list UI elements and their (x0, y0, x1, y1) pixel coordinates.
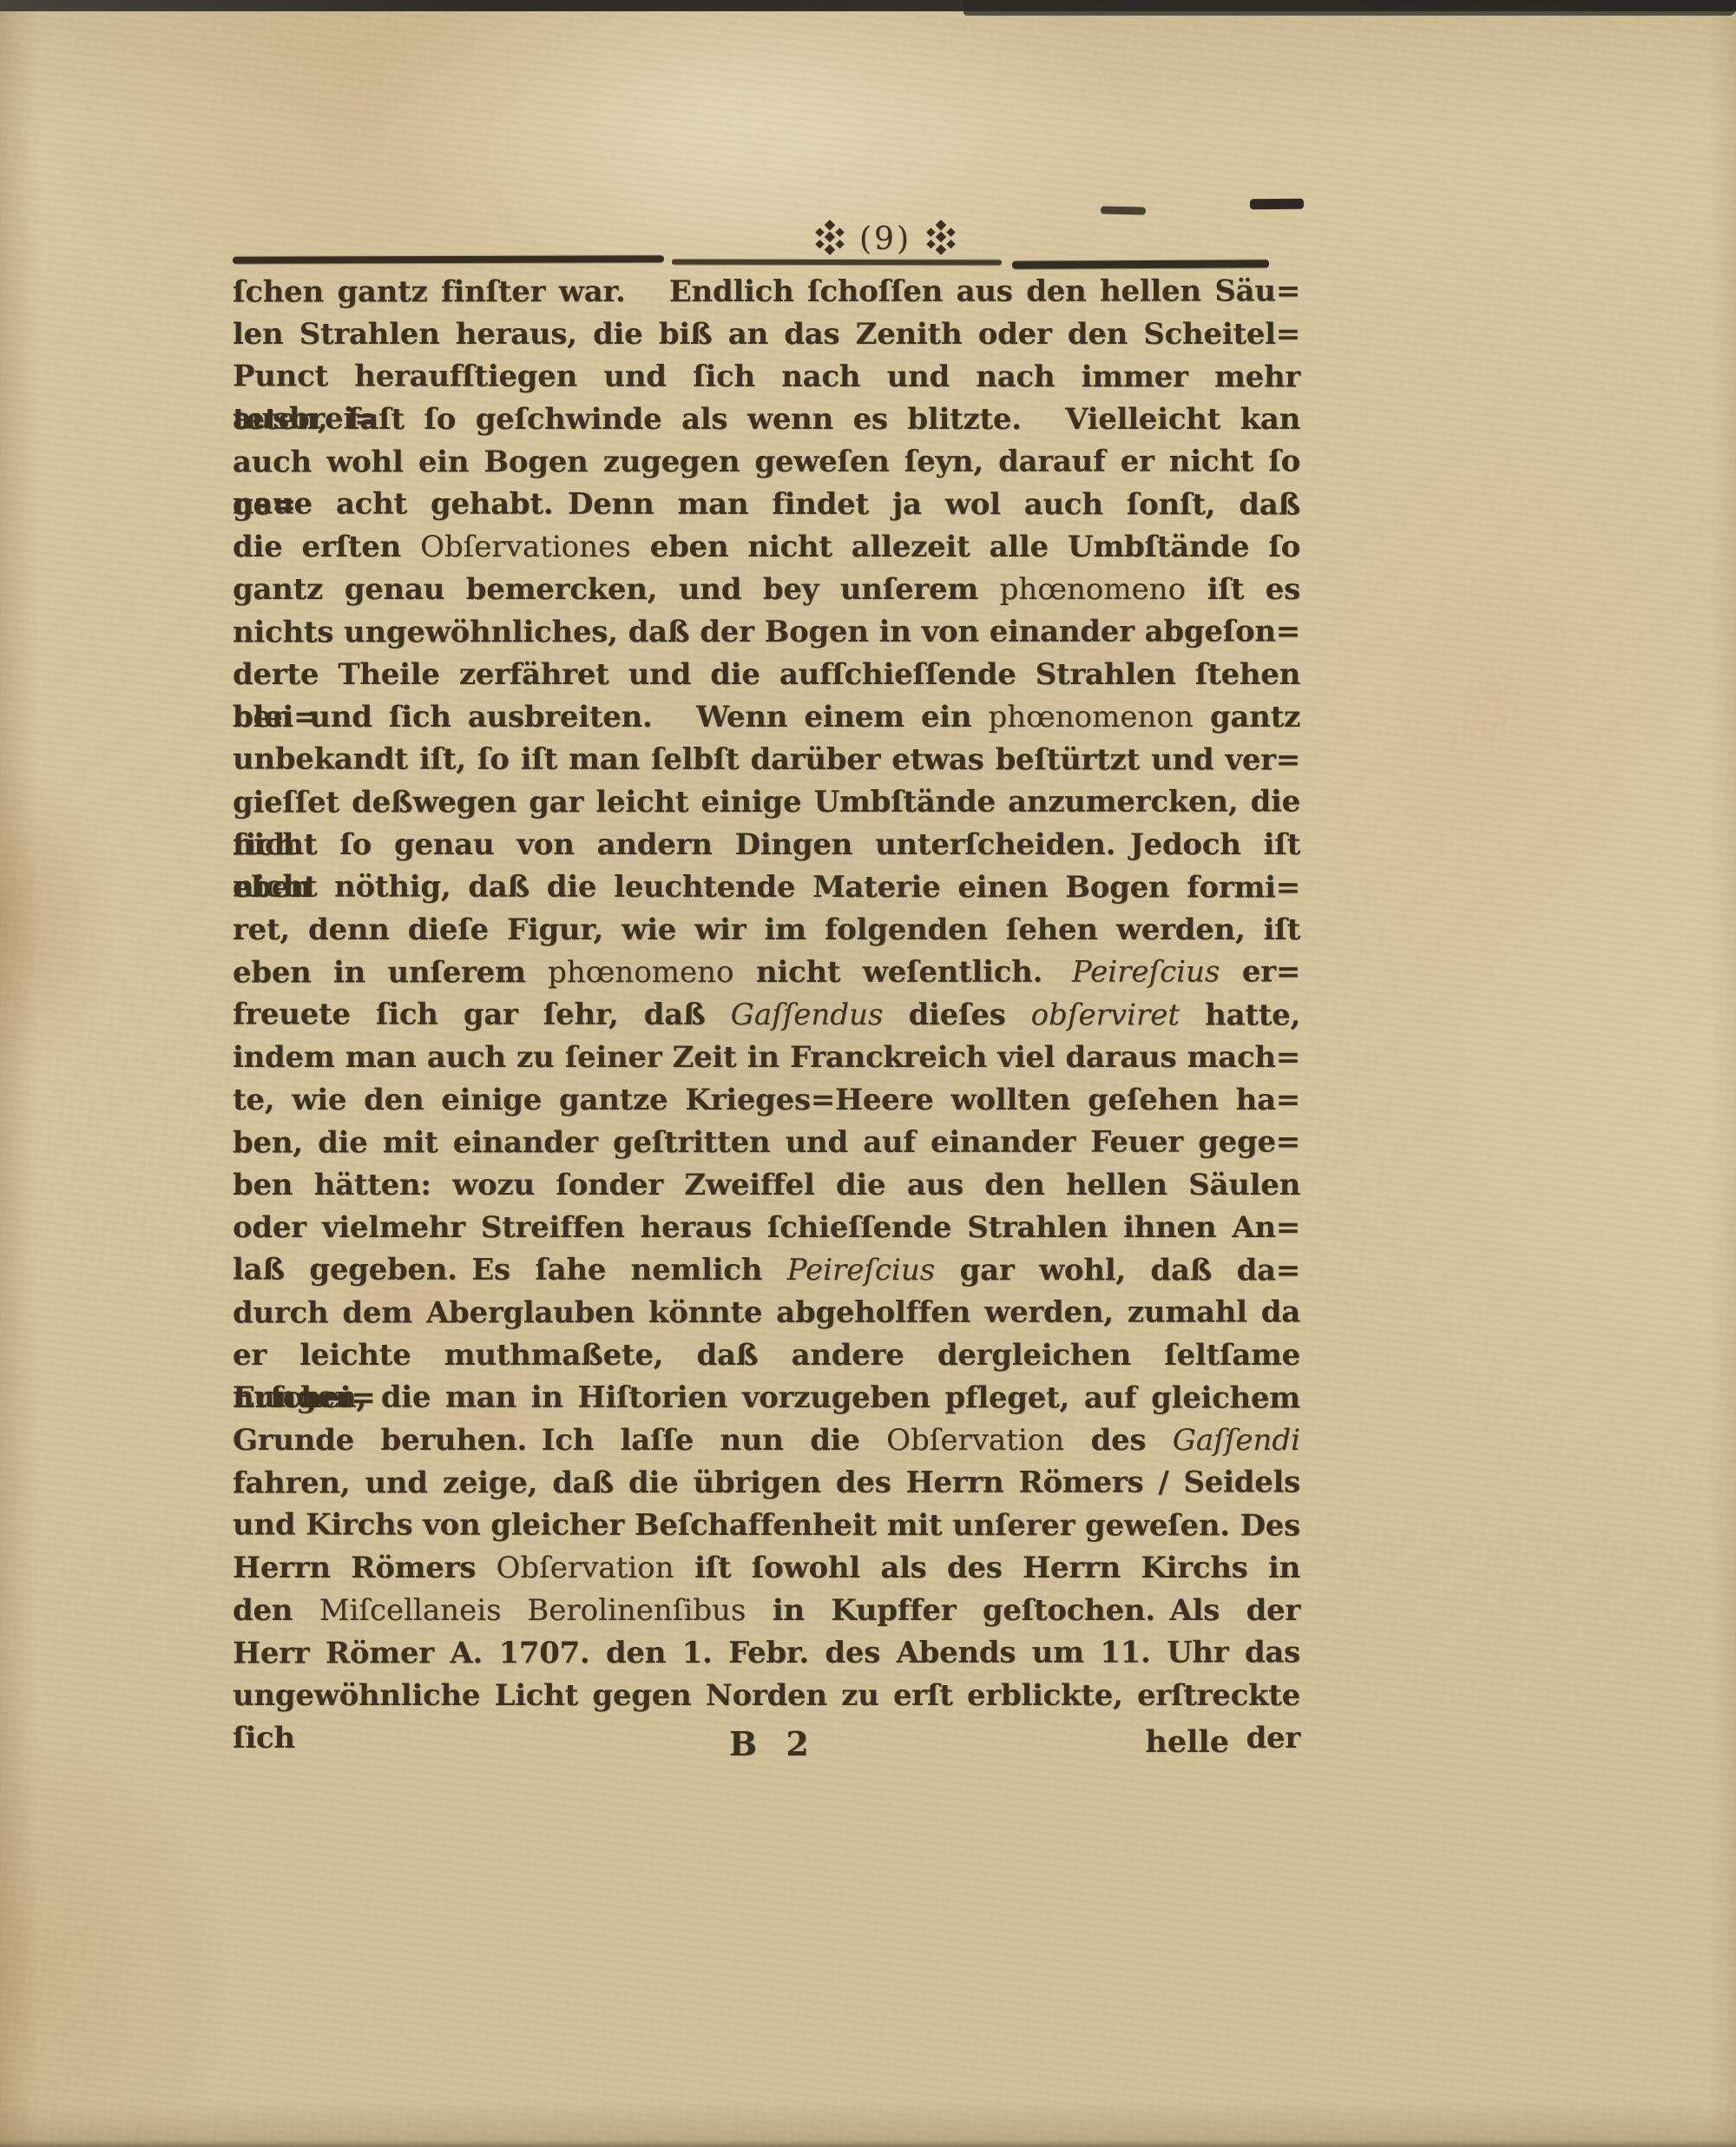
text-line: ungewöhnliche Licht gegen Norden zu erſt… (233, 1675, 1300, 1717)
fraktur-segment: len Strahlen heraus, die biß an das Zeni… (233, 317, 1300, 352)
fraktur-segment: eben in unſerem (233, 955, 548, 990)
scan-edge-bottom (0, 2140, 1736, 2147)
italic-segment: Gaſſendi (1173, 1423, 1300, 1458)
fraktur-segment: nicht nöthig, daß die leuchtende Materie… (233, 869, 1300, 905)
fraktur-segment: ben hätten: wozu ſonder Zweiffel die aus… (233, 1168, 1300, 1202)
signature-mark: B 2 (729, 1724, 818, 1763)
roman-segment: phœnomeno (548, 955, 733, 990)
fraktur-segment: den (233, 1593, 319, 1628)
text-line: und Kirchs von gleicher Beſchaffenheit m… (233, 1504, 1300, 1547)
fraktur-segment: iſt es (1186, 572, 1300, 607)
italic-segment: Gaſſendus (731, 998, 884, 1032)
text-line: Punct heraufſtiegen und ſich nach und na… (233, 355, 1300, 398)
text-line: nungen, die man in Hiſtorien vorzugeben … (233, 1376, 1300, 1419)
fraktur-segment: eben nicht allezeit alle Umbſtände ſo (631, 530, 1300, 564)
fraktur-segment: indem man auch zu ſeiner Zeit in Franckr… (233, 1040, 1300, 1075)
ink-smudge (1250, 199, 1304, 210)
fraktur-segment: iſt ſowohl als des Herrn Kirchs in (674, 1551, 1301, 1585)
text-line: gantz genau bemercken, und bey unſerem p… (233, 569, 1300, 611)
text-line: er leichte muthmaßete, daß andere dergle… (233, 1334, 1300, 1377)
fraktur-segment: naue acht gehabt. Denn man findet ja wol… (233, 486, 1300, 522)
header-rule-segment (233, 255, 664, 264)
fraktur-segment: Herrn Römers (233, 1551, 496, 1585)
fraktur-segment: ſchen gantz finſter war. Endlich ſchoſſe… (233, 273, 1300, 309)
fraktur-segment: oder vielmehr Streiffen heraus ſchieſſen… (233, 1210, 1300, 1245)
text-line: auch wohl ein Bogen zugegen geweſen ſeyn… (233, 440, 1300, 484)
text-line: ben hätten: wozu ſonder Zweiffel die aus… (233, 1164, 1300, 1207)
italic-segment: Peireſcius (787, 1253, 936, 1288)
fraktur-segment: freuete ſich gar ſehr, daß (233, 997, 731, 1032)
fraktur-segment: ret, denn dieſe Figur, wie wir im folgen… (233, 912, 1300, 947)
text-line: die erſten Obſervationes eben nicht alle… (233, 526, 1300, 569)
roman-segment: Obſervationes (420, 530, 631, 564)
printer-ornament-icon (925, 220, 957, 258)
header-rule-segment (1012, 260, 1269, 268)
text-line: Herrn Römers Obſervation iſt ſowohl als … (233, 1547, 1300, 1590)
text-line: nicht ſo genau von andern Dingen unterſc… (233, 824, 1300, 866)
fraktur-segment: hatte, (1180, 998, 1300, 1032)
fraktur-segment: Grunde beruhen. Ich laſſe nun die (233, 1423, 886, 1458)
text-line: Grunde beruhen. Ich laſſe nun die Obſerv… (233, 1419, 1300, 1462)
header-rule-segment (672, 260, 1002, 266)
roman-segment: Obſervation (496, 1551, 674, 1585)
text-line: fahren, und zeige, daß die übrigen des H… (233, 1461, 1300, 1505)
ink-smudge (1101, 206, 1146, 214)
footer-row: B 2 helle (233, 1724, 1300, 1769)
page-header: (9) (764, 214, 1007, 264)
fraktur-segment: Herr Römer A. 1707. den 1. Febr. des Abe… (233, 1635, 1300, 1670)
text-line: eben in unſerem phœnomeno nicht weſentli… (233, 951, 1300, 994)
fraktur-segment: gantz (1193, 700, 1300, 734)
fraktur-segment: gantz genau bemercken, und bey unſerem (233, 572, 1000, 607)
roman-segment: phœnomenon (989, 700, 1193, 734)
text-line: ret, denn dieſe Figur, wie wir im folgen… (233, 909, 1300, 952)
fraktur-segment: nichts ungewöhnliches, daß der Bogen in … (233, 614, 1300, 649)
text-line: ben und ſich ausbreiten. Wenn einem ein … (233, 696, 1300, 739)
fraktur-segment: die erſten (233, 530, 420, 564)
printer-ornament-icon (814, 220, 845, 258)
fraktur-segment: ben, die mit einander geſtritten und auf… (233, 1124, 1300, 1160)
fraktur-segment: und Kirchs von gleicher Beſchaffenheit m… (233, 1507, 1300, 1543)
text-line: unbekandt iſt, ſo iſt man ſelbſt darüber… (233, 738, 1300, 781)
fraktur-segment: durch dem Aberglauben könnte abgeholffen… (233, 1294, 1300, 1330)
fraktur-segment: laß gegeben. Es ſahe nemlich (233, 1252, 787, 1288)
text-line: derte Theile zerfähret und die aufſchieſ… (233, 654, 1300, 696)
fraktur-segment: fahren, und zeige, daß die übrigen des H… (233, 1465, 1300, 1500)
italic-segment: obſerviret (1031, 998, 1180, 1032)
body-text: ſchen gantz finſter war. Endlich ſchoſſe… (233, 271, 1300, 1717)
text-line: oder vielmehr Streiffen heraus ſchieſſen… (233, 1207, 1300, 1249)
text-line: laß gegeben. Es ſahe nemlich Peireſcius … (233, 1248, 1300, 1292)
text-line: nicht nöthig, daß die leuchtende Materie… (233, 866, 1300, 909)
roman-segment: Obſervation (886, 1423, 1064, 1458)
fraktur-segment: dieſes (883, 998, 1030, 1032)
text-line: naue acht gehabt. Denn man findet ja wol… (233, 483, 1300, 526)
page-number: (9) (859, 221, 911, 257)
fraktur-segment: unbekandt iſt, ſo iſt man ſelbſt darüber… (233, 741, 1300, 777)
fraktur-segment: nungen, die man in Hiſtorien vorzugeben … (233, 1380, 1300, 1415)
text-line: nichts ungewöhnliches, daß der Bogen in … (233, 610, 1300, 654)
italic-segment: Peireſcius (1072, 955, 1220, 990)
text-line: te, wie den einige gantze Krieges=Heere … (233, 1079, 1300, 1122)
text-line: ſchen gantz finſter war. Endlich ſchoſſe… (233, 270, 1300, 313)
fraktur-segment: in Kupffer geſtochen. Als der (746, 1593, 1300, 1628)
text-line: gieſſet deßwegen gar leicht einige Umbſt… (233, 780, 1300, 824)
fraktur-segment: nicht weſentlich. (734, 955, 1072, 990)
text-line: durch dem Aberglauben könnte abgeholffen… (233, 1291, 1300, 1334)
fraktur-segment: er= (1220, 954, 1300, 989)
scan-edge-top-right (963, 0, 1736, 16)
fraktur-segment: des (1064, 1423, 1173, 1458)
fraktur-segment: ben und ſich ausbreiten. Wenn einem ein (233, 700, 989, 734)
text-line: freuete ſich gar ſehr, daß Gaſſendus die… (233, 993, 1300, 1037)
fraktur-segment: te, wie den einige gantze Krieges=Heere … (233, 1083, 1300, 1117)
catchword: helle (1145, 1724, 1229, 1760)
text-line: indem man auch zu ſeiner Zeit in Franckr… (233, 1037, 1300, 1079)
text-line: teten, faſt ſo geſchwinde als wenn es bl… (233, 398, 1300, 441)
fraktur-segment: teten, faſt ſo geſchwinde als wenn es bl… (233, 402, 1300, 437)
roman-segment: phœnomeno (1000, 572, 1186, 607)
text-line: den Miſcellaneis Berolinenſibus in Kupff… (233, 1590, 1300, 1632)
fraktur-segment: gar wohl, daß da= (935, 1253, 1300, 1288)
roman-segment: Miſcellaneis Berolinenſibus (319, 1593, 746, 1628)
text-line: ben, die mit einander geſtritten und auf… (233, 1121, 1300, 1164)
text-line: Herr Römer A. 1707. den 1. Febr. des Abe… (233, 1631, 1300, 1675)
text-line: len Strahlen heraus, die biß an das Zeni… (233, 313, 1300, 356)
